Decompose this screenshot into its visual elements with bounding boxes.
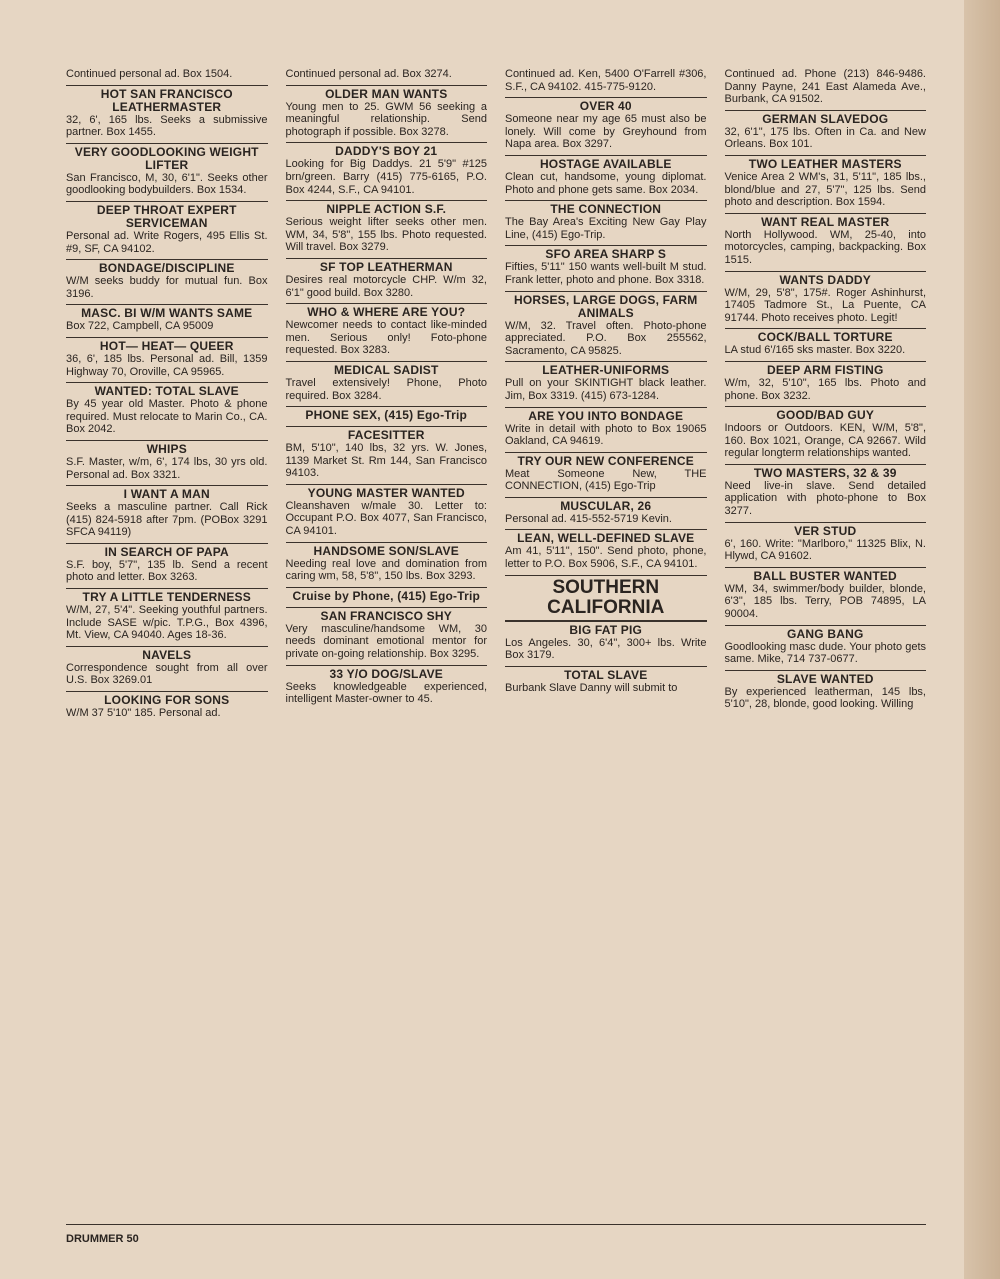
ad-body: Indoors or Outdoors. KEN, W/M, 5'8", 160… (725, 422, 927, 460)
classified-ad: Continued ad. Phone (213) 846-9486. Dann… (725, 66, 927, 110)
classified-ad: YOUNG MASTER WANTEDCleanshaven w/male 30… (286, 484, 488, 542)
ad-body: BM, 5'10", 140 lbs, 32 yrs. W. Jones, 11… (286, 442, 488, 480)
classified-ad: HOT SAN FRANCISCO LEATHERMASTER32, 6', 1… (66, 85, 268, 143)
ad-title: LEATHER-UNIFORMS (505, 364, 707, 377)
ad-title: TRY A LITTLE TENDERNESS (66, 591, 268, 604)
column-2: Continued personal ad. Box 3274.OLDER MA… (286, 66, 488, 724)
ad-body: Burbank Slave Danny will submit to (505, 682, 707, 695)
ad-title: TWO LEATHER MASTERS (725, 158, 927, 171)
ad-body: 32, 6', 165 lbs. Seeks a submissive part… (66, 114, 268, 139)
classified-ad: OVER 40Someone near my age 65 must also … (505, 97, 707, 155)
classified-ad: LEATHER-UNIFORMSPull on your SKINTIGHT b… (505, 361, 707, 406)
ad-title: WHO & WHERE ARE YOU? (286, 306, 488, 319)
ad-title: MASC. BI W/M WANTS SAME (66, 307, 268, 320)
ad-title: LEAN, WELL-DEFINED SLAVE (505, 532, 707, 545)
ad-body: W/M, 32. Travel often. Photo-phone appre… (505, 320, 707, 358)
ad-body: W/M, 29, 5'8", 175#. Roger Ashinhurst, 1… (725, 287, 927, 325)
ad-body: W/M 37 5'10" 185. Personal ad. (66, 707, 268, 720)
classified-ad: HORSES, LARGE DOGS, FARM ANIMALSW/M, 32.… (505, 291, 707, 362)
ad-title: BONDAGE/DISCIPLINE (66, 262, 268, 275)
ad-body: Continued personal ad. Box 3274. (286, 68, 488, 81)
ad-title: HANDSOME SON/SLAVE (286, 545, 488, 558)
classified-ad: Continued personal ad. Box 1504. (66, 66, 268, 85)
classified-ad: MEDICAL SADISTTravel extensively! Phone,… (286, 361, 488, 406)
ad-body: Goodlooking masc dude. Your photo gets s… (725, 641, 927, 666)
classified-ad: Continued ad. Ken, 5400 O'Farrell #306, … (505, 66, 707, 97)
ad-body: Continued ad. Ken, 5400 O'Farrell #306, … (505, 68, 707, 93)
classified-ad: OLDER MAN WANTSYoung men to 25. GWM 56 s… (286, 85, 488, 143)
classified-ad: SFO AREA SHARP SFifties, 5'11" 150 wants… (505, 245, 707, 290)
classified-ad: SAN FRANCISCO SHYVery masculine/handsome… (286, 607, 488, 665)
ad-body: Travel extensively! Phone, Photo require… (286, 377, 488, 402)
ad-body: Cleanshaven w/male 30. Letter to: Occupa… (286, 500, 488, 538)
ad-body: Los Angeles. 30, 6'4", 300+ lbs. Write B… (505, 637, 707, 662)
classified-ad: WANTED: TOTAL SLAVEBy 45 year old Master… (66, 382, 268, 440)
ad-title: PHONE SEX, (415) Ego-Trip (286, 409, 488, 422)
ad-body: By experienced leatherman, 145 lbs, 5'10… (725, 686, 927, 711)
classified-ad: WANT REAL MASTERNorth Hollywood. WM, 25-… (725, 213, 927, 271)
classified-ad: THE CONNECTIONThe Bay Area's Exciting Ne… (505, 200, 707, 245)
ad-title: OVER 40 (505, 100, 707, 113)
ad-title: BALL BUSTER WANTED (725, 570, 927, 583)
ad-body: Correspondence sought from all over U.S.… (66, 662, 268, 687)
ad-body: Looking for Big Daddys. 21 5'9" #125 brn… (286, 158, 488, 196)
ad-body: S.F. Master, w/m, 6', 174 lbs, 30 yrs ol… (66, 456, 268, 481)
classified-ad: SLAVE WANTEDBy experienced leatherman, 1… (725, 670, 927, 715)
ad-title: I WANT A MAN (66, 488, 268, 501)
ad-title: TOTAL SLAVE (505, 669, 707, 682)
ad-title: DADDY'S BOY 21 (286, 145, 488, 158)
region-heading: SOUTHERN CALIFORNIA (505, 575, 707, 621)
ad-body: Need live-in slave. Send detailed applic… (725, 480, 927, 518)
ad-title: HOT SAN FRANCISCO LEATHERMASTER (66, 88, 268, 114)
ad-title: IN SEARCH OF PAPA (66, 546, 268, 559)
classified-ad: DEEP THROAT EXPERT SERVICEMANPersonal ad… (66, 201, 268, 259)
ad-title: OLDER MAN WANTS (286, 88, 488, 101)
classified-ad: GERMAN SLAVEDOG32, 6'1", 175 lbs. Often … (725, 110, 927, 155)
classifieds-page: Continued personal ad. Box 1504.HOT SAN … (66, 66, 926, 724)
classified-ad: PHONE SEX, (415) Ego-Trip (286, 406, 488, 426)
classified-ad: WANTS DADDYW/M, 29, 5'8", 175#. Roger As… (725, 271, 927, 329)
ad-title: BIG FAT PIG (505, 624, 707, 637)
classified-ad: TOTAL SLAVEBurbank Slave Danny will subm… (505, 666, 707, 699)
ad-title: MUSCULAR, 26 (505, 500, 707, 513)
classified-ad: VER STUD6', 160. Write: "Marlboro," 1132… (725, 522, 927, 567)
ad-title: HOSTAGE AVAILABLE (505, 158, 707, 171)
classified-ad: HOT— HEAT— QUEER36, 6', 185 lbs. Persona… (66, 337, 268, 382)
ad-body: Someone near my age 65 must also be lone… (505, 113, 707, 151)
classified-ad: SF TOP LEATHERMANDesires real motorcycle… (286, 258, 488, 303)
ad-title: THE CONNECTION (505, 203, 707, 216)
ad-title: MEDICAL SADIST (286, 364, 488, 377)
classified-ad: FACESITTERBM, 5'10", 140 lbs, 32 yrs. W.… (286, 426, 488, 484)
ad-body: 32, 6'1", 175 lbs. Often in Ca. and New … (725, 126, 927, 151)
classified-ad: BONDAGE/DISCIPLINEW/M seeks buddy for mu… (66, 259, 268, 304)
ad-body: By 45 year old Master. Photo & phone req… (66, 398, 268, 436)
footer-label: DRUMMER 50 (66, 1233, 139, 1245)
ad-body: Clean cut, handsome, young diplomat. Pho… (505, 171, 707, 196)
ad-body: W/M seeks buddy for mutual fun. Box 3196… (66, 275, 268, 300)
ad-title: DEEP ARM FISTING (725, 364, 927, 377)
classified-ad: Continued personal ad. Box 3274. (286, 66, 488, 85)
column-4: Continued ad. Phone (213) 846-9486. Dann… (725, 66, 927, 724)
ad-body: Venice Area 2 WM's, 31, 5'11", 185 lbs.,… (725, 171, 927, 209)
ad-title: HORSES, LARGE DOGS, FARM ANIMALS (505, 294, 707, 320)
ad-body: Fifties, 5'11" 150 wants well-built M st… (505, 261, 707, 286)
ad-title: COCK/BALL TORTURE (725, 331, 927, 344)
ad-body: Continued ad. Phone (213) 846-9486. Dann… (725, 68, 927, 106)
ad-title: NAVELS (66, 649, 268, 662)
region-title: SOUTHERN CALIFORNIA (505, 578, 707, 618)
classified-ad: TWO LEATHER MASTERSVenice Area 2 WM's, 3… (725, 155, 927, 213)
ad-body: Seeks knowledgeable experienced, intelli… (286, 681, 488, 706)
classified-ad: TRY OUR NEW CONFERENCEMeat Someone New, … (505, 452, 707, 497)
ad-title: ARE YOU INTO BONDAGE (505, 410, 707, 423)
classified-ad: COCK/BALL TORTURELA stud 6'/165 sks mast… (725, 328, 927, 361)
classified-ad: GANG BANGGoodlooking masc dude. Your pho… (725, 625, 927, 670)
classified-ad: LEAN, WELL-DEFINED SLAVEAm 41, 5'11", 15… (505, 529, 707, 574)
classified-ad: I WANT A MANSeeks a masculine partner. C… (66, 485, 268, 543)
page-edge (964, 0, 1000, 1279)
ad-title: WHIPS (66, 443, 268, 456)
ad-title: VER STUD (725, 525, 927, 538)
page-footer: DRUMMER 50 (66, 1224, 926, 1245)
classified-ad: DADDY'S BOY 21Looking for Big Daddys. 21… (286, 142, 488, 200)
ad-title: DEEP THROAT EXPERT SERVICEMAN (66, 204, 268, 230)
ad-body: Personal ad. Write Rogers, 495 Ellis St.… (66, 230, 268, 255)
classified-ad: TWO MASTERS, 32 & 39Need live-in slave. … (725, 464, 927, 522)
ad-title: SFO AREA SHARP S (505, 248, 707, 261)
ad-body: Pull on your SKINTIGHT black leather. Ji… (505, 377, 707, 402)
ad-body: 6', 160. Write: "Marlboro," 11325 Blix, … (725, 538, 927, 563)
ad-title: GOOD/BAD GUY (725, 409, 927, 422)
ad-title: VERY GOODLOOKING WEIGHT LIFTER (66, 146, 268, 172)
ad-title: SLAVE WANTED (725, 673, 927, 686)
ad-title: WANTS DADDY (725, 274, 927, 287)
column-3: Continued ad. Ken, 5400 O'Farrell #306, … (505, 66, 707, 724)
ad-body: S.F. boy, 5'7", 135 lb. Send a recent ph… (66, 559, 268, 584)
classified-ad: GOOD/BAD GUYIndoors or Outdoors. KEN, W/… (725, 406, 927, 464)
ad-title: WANTED: TOTAL SLAVE (66, 385, 268, 398)
ad-title: TRY OUR NEW CONFERENCE (505, 455, 707, 468)
ad-title: GERMAN SLAVEDOG (725, 113, 927, 126)
classified-ad: HOSTAGE AVAILABLEClean cut, handsome, yo… (505, 155, 707, 200)
ad-title: HOT— HEAT— QUEER (66, 340, 268, 353)
classified-ad: HANDSOME SON/SLAVENeeding real love and … (286, 542, 488, 587)
ad-title: Cruise by Phone, (415) Ego-Trip (286, 590, 488, 603)
classified-ad: WHIPSS.F. Master, w/m, 6', 174 lbs, 30 y… (66, 440, 268, 485)
ad-body: Young men to 25. GWM 56 seeking a meanin… (286, 101, 488, 139)
ad-body: Personal ad. 415-552-5719 Kevin. (505, 513, 707, 526)
classified-ad: ARE YOU INTO BONDAGEWrite in detail with… (505, 407, 707, 452)
ad-title: LOOKING FOR SONS (66, 694, 268, 707)
classified-ad: VERY GOODLOOKING WEIGHT LIFTERSan Franci… (66, 143, 268, 201)
ad-title: SF TOP LEATHERMAN (286, 261, 488, 274)
ad-title: TWO MASTERS, 32 & 39 (725, 467, 927, 480)
ad-body: San Francisco, M, 30, 6'1". Seeks other … (66, 172, 268, 197)
ad-title: 33 Y/O DOG/SLAVE (286, 668, 488, 681)
ad-body: Needing real love and domination from ca… (286, 558, 488, 583)
ad-body: The Bay Area's Exciting New Gay Play Lin… (505, 216, 707, 241)
ad-title: SAN FRANCISCO SHY (286, 610, 488, 623)
ad-body: W/m, 32, 5'10", 165 lbs. Photo and phone… (725, 377, 927, 402)
classified-ad: DEEP ARM FISTINGW/m, 32, 5'10", 165 lbs.… (725, 361, 927, 406)
classified-ad: MUSCULAR, 26Personal ad. 415-552-5719 Ke… (505, 497, 707, 530)
classified-ad: LOOKING FOR SONSW/M 37 5'10" 185. Person… (66, 691, 268, 724)
ad-body: 36, 6', 185 lbs. Personal ad. Bill, 1359… (66, 353, 268, 378)
classified-ad: Cruise by Phone, (415) Ego-Trip (286, 587, 488, 607)
ad-body: Very masculine/handsome WM, 30 needs dom… (286, 623, 488, 661)
ad-body: Serious weight lifter seeks other men. W… (286, 216, 488, 254)
ad-body: Box 722, Campbell, CA 95009 (66, 320, 268, 333)
ad-body: LA stud 6'/165 sks master. Box 3220. (725, 344, 927, 357)
classified-ad: NAVELSCorrespondence sought from all ove… (66, 646, 268, 691)
ad-body: Am 41, 5'11", 150". Send photo, phone, l… (505, 545, 707, 570)
ad-title: YOUNG MASTER WANTED (286, 487, 488, 500)
classified-ad: BALL BUSTER WANTEDWM, 34, swimmer/body b… (725, 567, 927, 625)
ad-body: Meat Someone New, THE CONNECTION, (415) … (505, 468, 707, 493)
ad-body: Desires real motorcycle CHP. W/m 32, 6'1… (286, 274, 488, 299)
ad-body: North Hollywood. WM, 25-40, into motorcy… (725, 229, 927, 267)
classified-ad: WHO & WHERE ARE YOU?Newcomer needs to co… (286, 303, 488, 361)
column-1: Continued personal ad. Box 1504.HOT SAN … (66, 66, 268, 724)
classified-ad: BIG FAT PIGLos Angeles. 30, 6'4", 300+ l… (505, 621, 707, 666)
ad-body: Continued personal ad. Box 1504. (66, 68, 268, 81)
classified-ad: MASC. BI W/M WANTS SAMEBox 722, Campbell… (66, 304, 268, 337)
classified-ad: NIPPLE ACTION S.F.Serious weight lifter … (286, 200, 488, 258)
ad-body: Seeks a masculine partner. Call Rick (41… (66, 501, 268, 539)
ad-body: Write in detail with photo to Box 19065 … (505, 423, 707, 448)
classified-ad: 33 Y/O DOG/SLAVESeeks knowledgeable expe… (286, 665, 488, 710)
ad-title: GANG BANG (725, 628, 927, 641)
ad-title: FACESITTER (286, 429, 488, 442)
ad-body: Newcomer needs to contact like-minded me… (286, 319, 488, 357)
classified-ad: TRY A LITTLE TENDERNESSW/M, 27, 5'4". Se… (66, 588, 268, 646)
ad-body: WM, 34, swimmer/body builder, blonde, 6'… (725, 583, 927, 621)
ad-body: W/M, 27, 5'4". Seeking youthful partners… (66, 604, 268, 642)
ad-title: NIPPLE ACTION S.F. (286, 203, 488, 216)
classified-ad: IN SEARCH OF PAPAS.F. boy, 5'7", 135 lb.… (66, 543, 268, 588)
ad-title: WANT REAL MASTER (725, 216, 927, 229)
